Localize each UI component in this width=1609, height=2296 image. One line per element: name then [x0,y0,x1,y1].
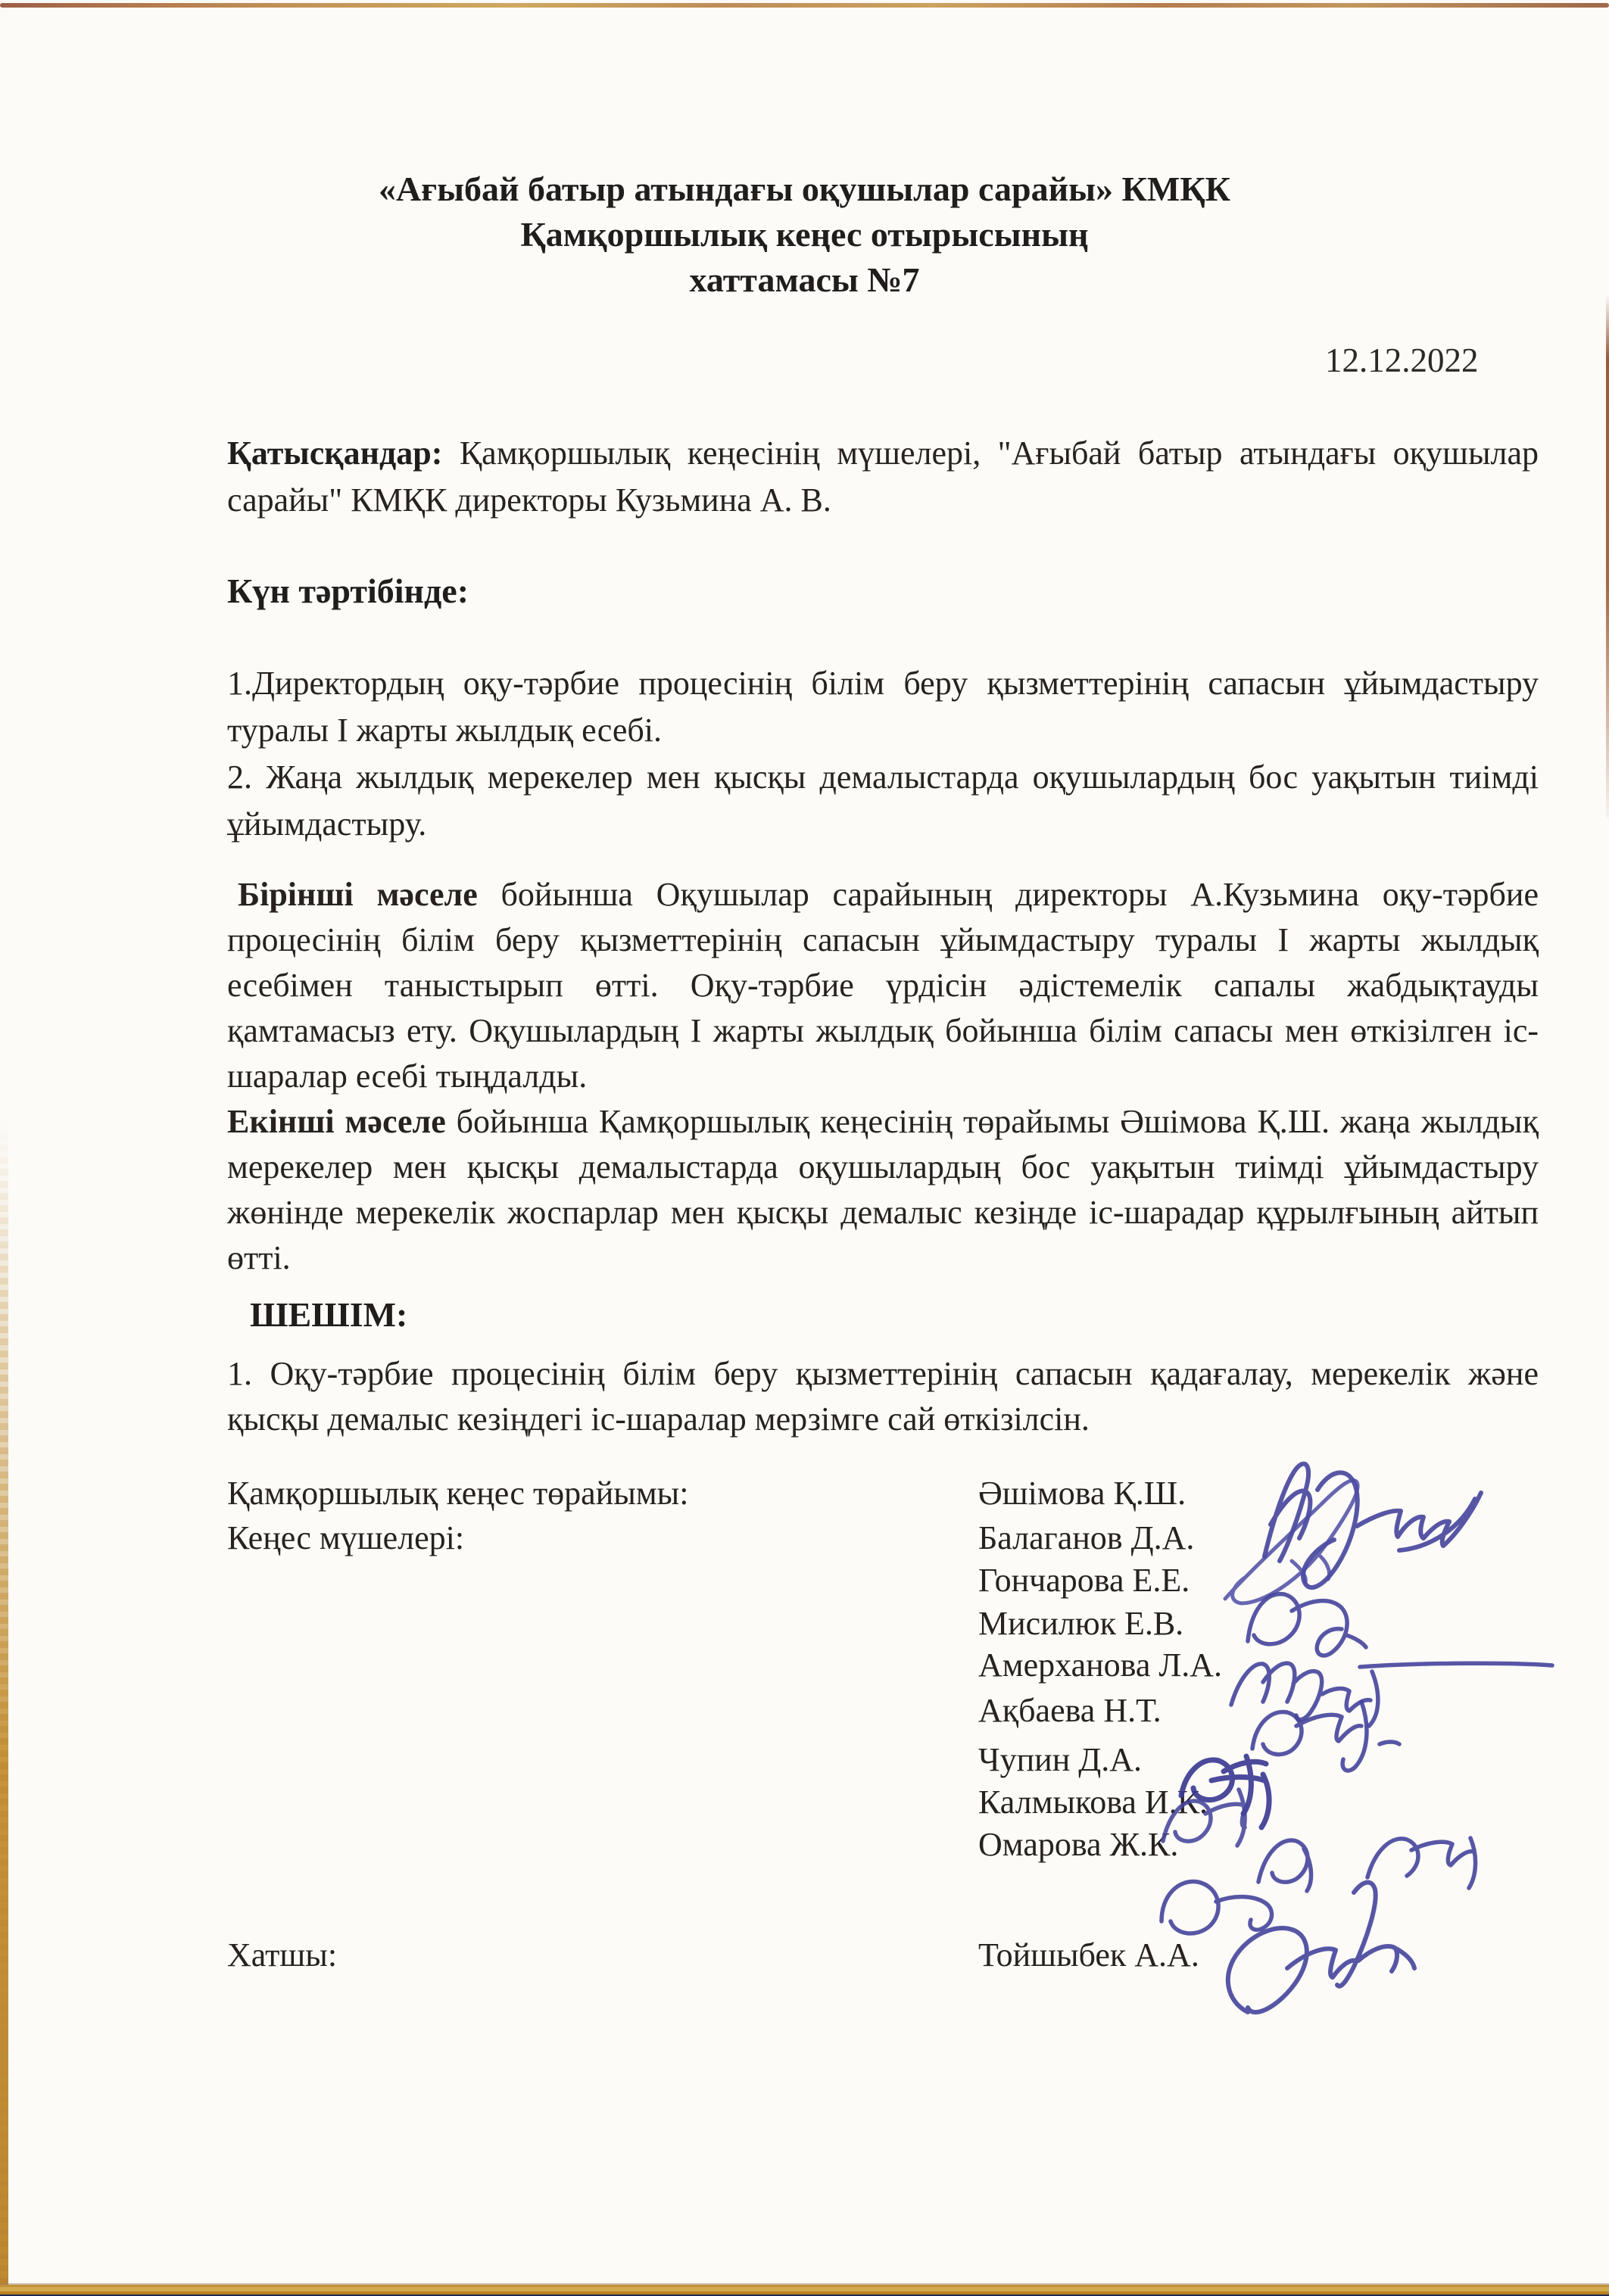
signature-balaganov [1225,1481,1358,1603]
signature-kalmykova [1258,1838,1476,1891]
document-title: «Ағыбай батыр атындағы оқушылар сарайы» … [189,167,1420,303]
secretary-label: Хатшы: [227,1936,337,1974]
signer-name-goncharova: Гончарова Е.Е. [978,1561,1190,1600]
decision-item-1: 1. Оқу-тәрбие процесінің білім беру қызм… [227,1351,1539,1442]
signer-name-amerkhanova: Амерханова Л.А. [978,1646,1222,1684]
title-line-3: хаттамасы №7 [189,257,1420,303]
scan-edge-right [1606,295,1609,818]
chair-label: Қамқоршылық кеңес төрайымы: [227,1474,688,1512]
scanned-protocol-page: «Ағыбай батыр атындағы оқушылар сарайы» … [0,0,1609,2296]
scan-edge-top [0,3,1609,8]
signer-name-balaganov: Балаганов Д.А. [978,1519,1194,1557]
issue-2-paragraph: Екінші мәселе бойынша Қамқоршылық кеңесі… [227,1099,1539,1281]
agenda-list: 1.Директордың оқу-тәрбие процесінің білі… [227,660,1539,848]
signature-ashimova [1264,1464,1481,1587]
signature-toishybek [1228,1883,1414,2012]
members-label: Кеңес мүшелері: [227,1519,464,1557]
issue-1-paragraph: Бірінші мәселе бойынша Оқушылар сарайыны… [227,872,1539,1099]
signature-misilyuk [1231,1663,1552,1726]
signer-name-omarova: Омарова Ж.К. [978,1825,1178,1864]
signer-name-chupin: Чупин Д.А. [978,1740,1142,1779]
signature-amerkhanova [1252,1702,1399,1771]
agenda-heading: Күн тәртібінде: [227,571,469,611]
agenda-item-1: 1.Директордың оқу-тәрбие процесінің білі… [227,660,1539,754]
participants-label: Қатысқандар: [227,435,442,472]
issue-2-label: Екінші мәселе [227,1103,446,1140]
document-date: 12.12.2022 [1325,341,1479,380]
title-line-2: Қамқоршылық кеңес отырысының [189,212,1420,257]
decision-heading: ШЕШІМ: [250,1294,407,1335]
signature-omarova [1162,1882,1272,1933]
scan-edge-bottom [0,2283,1609,2296]
agenda-item-2: 2. Жаңа жылдық мерекелер мен қысқы демал… [227,754,1539,848]
signature-goncharova [1248,1594,1366,1656]
scan-edge-left [0,1120,8,2296]
participants-paragraph: Қатысқандар: Қамқоршылық кеңесінің мүшел… [227,430,1539,524]
signer-name-kalmykova: Калмыкова И.К. [978,1783,1208,1821]
minutes-body: Бірінші мәселе бойынша Оқушылар сарайыны… [227,872,1539,1281]
title-line-1: «Ағыбай батыр атындағы оқушылар сарайы» … [189,167,1420,212]
signer-name-toishybek: Тойшыбек А.А. [978,1936,1199,1974]
signer-name-ashimova: Әшімова Қ.Ш. [978,1474,1186,1512]
issue-1-label: Бірінші мәселе [238,876,478,913]
signer-name-misilyuk: Мисилюк Е.В. [978,1604,1183,1643]
signer-name-akbayeva: Ақбаева Н.Т. [978,1691,1162,1730]
